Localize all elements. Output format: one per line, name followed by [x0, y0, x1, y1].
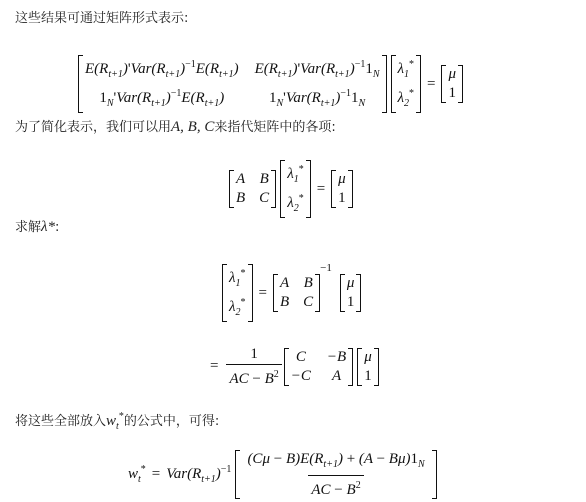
lambda-vector: λ1* λ2*	[391, 55, 422, 113]
w-t-star: wt*	[106, 413, 124, 429]
solve-prefix: 求解	[15, 220, 41, 235]
equation-abc-form: A B B C λ1* λ2* = μ 1	[229, 160, 353, 218]
equals-sign: =	[210, 358, 218, 375]
cell-a: A	[280, 274, 289, 293]
cell-c: C	[296, 348, 306, 367]
equation-lambda-solution: λ1* λ2* = A B B C −1 μ 1	[222, 264, 361, 322]
big-matrix: E(Rt+1)'Var(Rt+1)−1E(Rt+1) E(Rt+1)'Var(R…	[78, 55, 387, 113]
cell-b2: B	[236, 189, 245, 208]
lambda-2: λ2*	[287, 189, 304, 218]
rhs-mu: μ	[448, 65, 456, 84]
simplify-prefix: 为了简化表示，我们可以用	[15, 120, 171, 135]
weights-numerator: (Cμ − B)E(Rt+1) + (A − Bμ)1N	[244, 450, 427, 475]
cell-c: C	[259, 189, 269, 208]
simplify-suffix: 来指代矩阵中的各项:	[214, 120, 335, 135]
lambda-1: λ1*	[229, 264, 246, 293]
substitute-text: 将这些全部放入wt*的公式中，可得:	[15, 408, 219, 436]
rhs-one: 1	[448, 84, 456, 103]
rhs-vector: μ 1	[340, 274, 362, 312]
adjugate-matrix: C −B −C A	[284, 348, 353, 386]
rhs-one: 1	[347, 293, 355, 312]
simplify-text: 为了简化表示，我们可以用A, B, C来指代矩阵中的各项:	[15, 118, 336, 137]
weights-bracket: (Cμ − B)E(Rt+1) + (A − Bμ)1N AC − B2	[235, 450, 436, 499]
rhs-vector: μ 1	[441, 65, 463, 103]
rhs-mu: μ	[347, 274, 355, 293]
lambda-1: λ1*	[398, 55, 415, 84]
rhs-vector: μ 1	[357, 348, 379, 386]
equation-matrix-form: E(Rt+1)'Var(Rt+1)−1E(Rt+1) E(Rt+1)'Var(R…	[78, 55, 463, 113]
lambda-star: λ*	[41, 219, 55, 235]
equals-sign: =	[317, 181, 325, 198]
cell-a: A	[236, 170, 245, 189]
cell-b2: B	[280, 293, 289, 312]
cell-neg-c: −C	[291, 367, 311, 386]
cell-neg-b: −B	[327, 348, 346, 367]
cell-a: A	[332, 367, 341, 386]
equals-sign: =	[427, 76, 435, 93]
cell-b: B	[260, 170, 269, 189]
rhs-mu: μ	[338, 170, 346, 189]
solve-text: 求解λ*:	[15, 218, 59, 237]
cell-b: B	[304, 274, 313, 293]
intro-text: 这些结果可通过矩阵形式表示:	[15, 10, 188, 28]
rhs-vector: μ 1	[331, 170, 353, 208]
rhs-one: 1	[338, 189, 346, 208]
rhs-one: 1	[364, 367, 372, 386]
lambda-2: λ2*	[398, 84, 415, 113]
fraction-numerator: 1	[247, 345, 261, 364]
equals-sign: =	[152, 466, 160, 483]
lambda-vector: λ1* λ2*	[222, 264, 253, 322]
fraction: 1 AC − B2	[226, 345, 281, 388]
matrix-cell-21: 1N'Var(Rt+1)−1E(Rt+1)	[99, 84, 224, 113]
equals-sign: =	[259, 285, 267, 302]
equation-inverse-expanded: = 1 AC − B2 C −B −C A μ 1	[210, 345, 379, 388]
intro-sentence: 这些结果可通过矩阵形式表示:	[15, 11, 188, 26]
substitute-prefix: 将这些全部放入	[15, 414, 106, 429]
solve-suffix: :	[55, 220, 59, 235]
rhs-mu: μ	[364, 348, 372, 367]
var-inverse-term: Var(Rt+1)−1	[166, 464, 231, 485]
lambda-1: λ1*	[287, 160, 304, 189]
abc-vars: A, B, C	[171, 119, 214, 135]
abc-matrix: A B B C	[229, 170, 276, 208]
lambda-2: λ2*	[229, 293, 246, 322]
substitute-suffix: 的公式中，可得:	[124, 414, 219, 429]
cell-c: C	[303, 293, 313, 312]
inverse-exponent: −1	[320, 262, 332, 274]
abc-matrix: A B B C	[273, 274, 320, 312]
w-t-star: wt*	[128, 464, 146, 485]
equation-optimal-weights: wt* = Var(Rt+1)−1 (Cμ − B)E(Rt+1) + (A −…	[128, 450, 437, 499]
matrix-cell-12: E(Rt+1)'Var(Rt+1)−11N	[255, 55, 380, 84]
left-bracket	[78, 55, 83, 113]
right-bracket	[382, 55, 387, 113]
lambda-vector: λ1* λ2*	[280, 160, 311, 218]
matrix-cell-22: 1N'Var(Rt+1)−11N	[269, 84, 365, 113]
weights-denominator: AC − B2	[308, 475, 363, 499]
fraction-denominator: AC − B2	[226, 364, 281, 388]
weights-fraction: (Cμ − B)E(Rt+1) + (A − Bμ)1N AC − B2	[244, 450, 427, 499]
matrix-cell-11: E(Rt+1)'Var(Rt+1)−1E(Rt+1)	[85, 55, 239, 84]
